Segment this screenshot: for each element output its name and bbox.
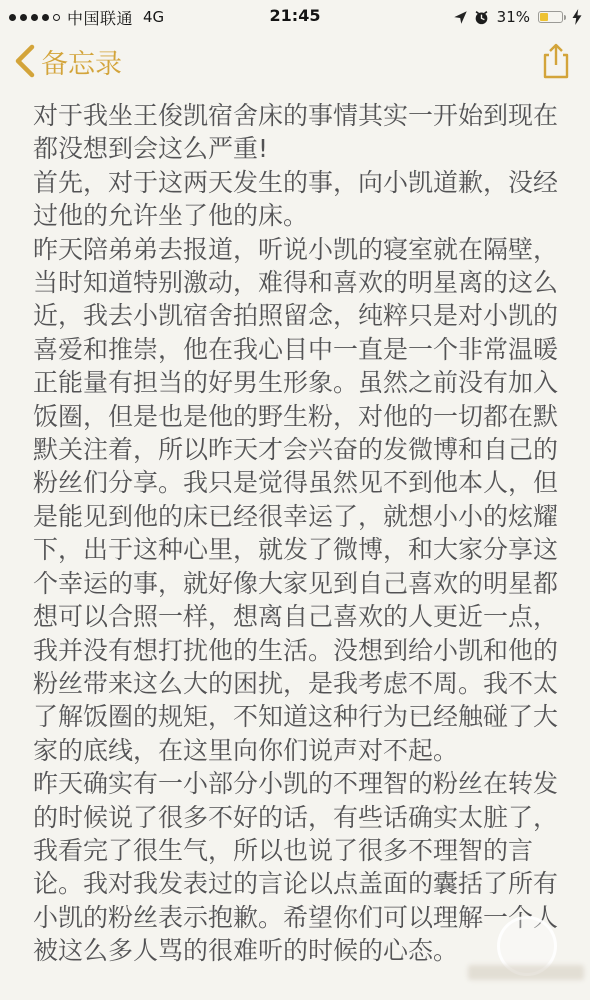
note-line: 粉丝们分享。我只是觉得虽然见不到他本人，但 <box>33 466 564 499</box>
location-arrow-icon <box>453 10 468 25</box>
note-line: 对于我坐王俊凯宿舍床的事情其实一开始到现在 <box>33 99 564 132</box>
note-line: 饭圈，但是也是他的野生粉，对他的一切都在默 <box>33 400 564 433</box>
signal-dot <box>42 14 49 21</box>
note-line: 近，我去小凯宿舍拍照留念，纯粹只是对小凯的 <box>33 299 564 332</box>
note-line: 喜爱和推崇，他在我心目中一直是一个非常温暖 <box>33 333 564 366</box>
note-line: 正能量有担当的好男生形象。虽然之前没有加入 <box>33 366 564 399</box>
note-line: 默关注着，所以昨天才会兴奋的发微博和自己的 <box>33 433 564 466</box>
share-icon <box>540 42 572 80</box>
note-line: 小凯的粉丝表示抱歉。希望你们可以理解一个人 <box>33 901 564 934</box>
signal-dot <box>20 14 27 21</box>
note-body[interactable]: 对于我坐王俊凯宿舍床的事情其实一开始到现在都没想到会这么严重!首先，对于这两天发… <box>0 92 590 968</box>
signal-dot <box>53 14 60 21</box>
note-line: 个幸运的事，就好像大家见到自己喜欢的明星都 <box>33 567 564 600</box>
note-line: 想可以合照一样，想离自己喜欢的人更近一点， <box>33 600 564 633</box>
carrier-label: 中国联通 <box>67 6 133 29</box>
signal-dot <box>31 14 38 21</box>
note-line: 过他的允许坐了他的床。 <box>33 199 564 232</box>
note-line: 我看完了很生气，所以也说了很多不理智的言 <box>33 834 564 867</box>
network-type-label: 4G <box>143 8 164 26</box>
note-line: 粉丝带来这么大的困扰，是我考虑不周。我不太 <box>33 667 564 700</box>
nav-bar: 备忘录 <box>0 30 590 92</box>
note-line: 的时候说了很多不好的话，有些话确实太脏了， <box>33 801 564 834</box>
battery-fill <box>540 13 548 21</box>
status-bar: 中国联通 4G 21:45 31% <box>0 0 590 30</box>
note-line: 家的底线，在这里向你们说声对不起。 <box>33 734 564 767</box>
charging-bolt-icon <box>572 9 582 25</box>
note-line: 我并没有想打扰他的生活。没想到给小凯和他的 <box>33 634 564 667</box>
back-chevron-icon <box>14 44 35 78</box>
battery-percent-label: 31% <box>497 8 530 26</box>
back-button-label: 备忘录 <box>41 42 122 81</box>
note-line: 下，出于这种心里，就发了微博，和大家分享这 <box>33 533 564 566</box>
note-line: 昨天确实有一小部分小凯的不理智的粉丝在转发 <box>33 767 564 800</box>
status-bar-right: 31% <box>453 8 582 26</box>
status-time: 21:45 <box>270 6 321 25</box>
signal-strength-icon <box>9 14 60 21</box>
alarm-clock-icon <box>474 10 489 25</box>
note-line: 首先，对于这两天发生的事，向小凯道歉，没经 <box>33 166 564 199</box>
signal-dot <box>9 14 16 21</box>
battery-icon <box>538 11 566 23</box>
note-line: 是能见到他的床已经很幸运了，就想小小的炫耀 <box>33 500 564 533</box>
note-line: 了解饭圈的规矩，不知道这种行为已经触碰了大 <box>33 700 564 733</box>
note-line: 都没想到会这么严重! <box>33 132 564 165</box>
note-line: 当时知道特别激动，难得和喜欢的明星离的这么 <box>33 266 564 299</box>
note-line: 昨天陪弟弟去报道，听说小凯的寝室就在隔壁， <box>33 233 564 266</box>
back-button[interactable]: 备忘录 <box>14 42 122 81</box>
note-line: 被这么多人骂的很难听的时候的心态。 <box>33 934 564 967</box>
notes-app-screen: { "status_bar": { "carrier": "中国联通", "ne… <box>0 0 590 1000</box>
note-line: 论。我对我发表过的言论以点盖面的囊括了所有 <box>33 867 564 900</box>
share-button[interactable] <box>540 42 572 80</box>
